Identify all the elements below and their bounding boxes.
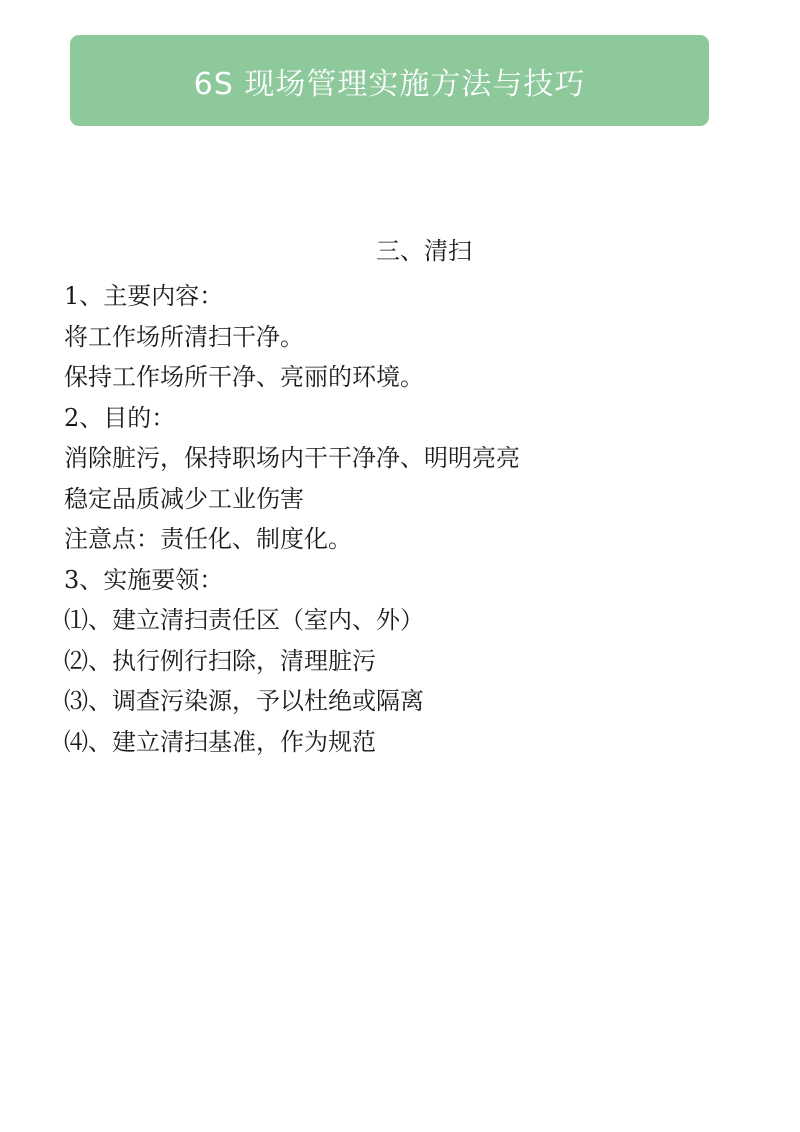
list-item: ⑴、建立清扫责任区（室内、外） — [64, 600, 764, 641]
list-item: ⑵、执行例行扫除，清理脏污 — [64, 641, 764, 682]
list-item: ⑷、建立清扫基准，作为规范 — [64, 722, 764, 763]
document-body: 1、主要内容： 将工作场所清扫干净。 保持工作场所干净、亮丽的环境。 2、目的：… — [64, 276, 764, 762]
banner-title: 6S 现场管理实施方法与技巧 — [194, 59, 586, 103]
subheading-purpose: 2、目的： — [64, 398, 764, 439]
text-line: 消除脏污，保持职场内干干净净、明明亮亮 — [64, 438, 764, 479]
subheading-implementation: 3、实施要领： — [64, 560, 764, 601]
section-heading: 三、清扫 — [0, 234, 800, 268]
text-line-note: 注意点：责任化、制度化。 — [64, 519, 764, 560]
title-banner: 6S 现场管理实施方法与技巧 — [70, 35, 709, 126]
text-line: 将工作场所清扫干净。 — [64, 317, 764, 358]
text-line: 保持工作场所干净、亮丽的环境。 — [64, 357, 764, 398]
text-line: 稳定品质减少工业伤害 — [64, 479, 764, 520]
list-item: ⑶、调查污染源，予以杜绝或隔离 — [64, 681, 764, 722]
subheading-main-content: 1、主要内容： — [64, 276, 764, 317]
